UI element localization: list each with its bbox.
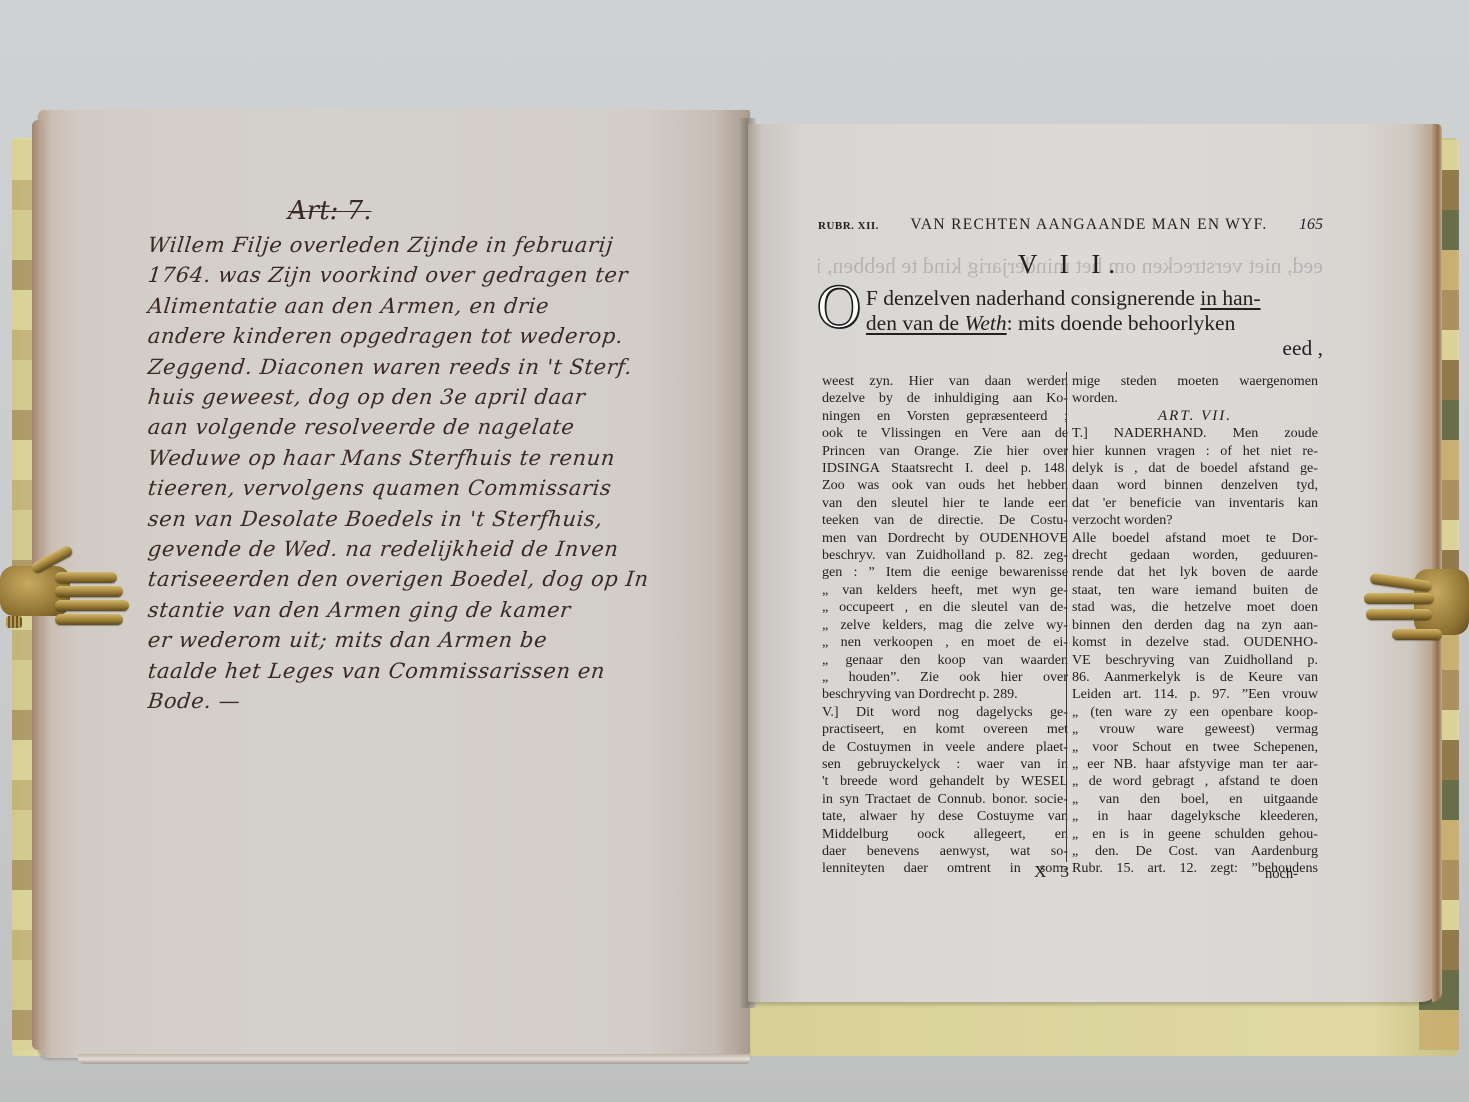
section-number: V I I. xyxy=(818,249,1323,280)
text-line: beschryv. van Zuidholland p. 82. zeg- xyxy=(822,547,1068,564)
text-line: tate, alwaer hy dese Costuyme van xyxy=(822,808,1068,825)
text-line: lenniteyten daer omtrent in som- xyxy=(822,860,1068,877)
text-line: stad was, die hetzelve moet doen xyxy=(1072,599,1318,616)
rule-underlined-italic: Weth xyxy=(964,311,1006,335)
clip-finger xyxy=(1364,593,1434,604)
text-line: teeken van de directie. De Costu- xyxy=(822,512,1068,529)
manuscript-line: er wederom uit; mits dan Armen be xyxy=(146,625,729,655)
manuscript-line: gevende de Wed. na redelijkheid de Inven xyxy=(146,534,729,564)
text-line: ningen en Vorsten gepræsenteerd ; xyxy=(822,408,1068,425)
clip-finger xyxy=(55,600,129,611)
text-line: daan word binnen denzelven tyd, xyxy=(1072,477,1318,494)
text-line: mige steden moeten waergenomen xyxy=(1072,373,1318,390)
text-line: binnen den derden dag na zyn aan- xyxy=(1072,617,1318,634)
text-line: komst in dezelve stad. OUDENHO- xyxy=(1072,634,1318,651)
text-line: „ vrouw ware geweest) vermag xyxy=(1072,721,1318,738)
manuscript-line: Alimentatie aan den Armen, en drie xyxy=(146,291,729,321)
text-line: staat, ten ware iemand buiten de xyxy=(1072,582,1318,599)
text-line: „ zelve kelders, mag die zelve wy- xyxy=(822,617,1068,634)
clip-finger xyxy=(55,614,123,625)
manuscript-line: andere kinderen opgedragen tot wederop. xyxy=(146,321,729,351)
rule-underlined: den van de xyxy=(866,311,965,335)
manuscript-line: Weduwe op haar Mans Sterfhuis te renun xyxy=(146,443,729,473)
text-line: dezelve by de inhuldiging aan Ko- xyxy=(822,390,1068,407)
text-line: hier kunnen vragen : of het niet re- xyxy=(1072,443,1318,460)
text-line: rende dat het lyk boven de aarde xyxy=(1072,564,1318,581)
manuscript-line: tariseeerden den overigen Boedel, dog op… xyxy=(146,564,729,594)
text-line: T.] NADERHAND. Men zoude xyxy=(1072,425,1318,442)
manuscript-line: 1764. was Zijn voorkind over gedragen te… xyxy=(146,260,729,290)
text-line: Middelburg oock allegeert, en xyxy=(822,826,1068,843)
text-line: weest zyn. Hier van daan werden xyxy=(822,373,1068,390)
text-line: beschryving van Dordrecht p. 289. xyxy=(822,686,1068,703)
text-line: worden. xyxy=(1072,390,1318,407)
rule-line2: : mits doende behoorlyken xyxy=(1007,311,1236,335)
text-line: IDSINGA Staatsrecht I. deel p. 148. xyxy=(822,460,1068,477)
manuscript-line: Willem Filje overleden Zijnde in februar… xyxy=(146,230,729,260)
running-title: VAN RECHTEN AANGAANDE MAN EN WYF. xyxy=(910,216,1267,234)
handwritten-text: Art: 7. Willem Filje overleden Zijnde in… xyxy=(148,196,728,717)
text-line: „ van den boel, en uitgaande xyxy=(1072,791,1318,808)
manuscript-line: stantie van den Armen ging de kamer xyxy=(146,595,729,625)
text-line: „ de word gebragt , afstand te doen xyxy=(1072,773,1318,790)
text-line: verzocht worden? xyxy=(1072,512,1318,529)
text-line: Princen van Orange. Zie hier over xyxy=(822,443,1068,460)
text-line: „ genaar den koop van waarden xyxy=(822,652,1068,669)
clip-finger xyxy=(1366,609,1432,620)
brass-hand-clip-left-icon xyxy=(0,548,140,638)
text-line: 86. Aanmerkelyk is de Keure van xyxy=(1072,669,1318,686)
text-line: „ nen verkoopen , en moet de ei- xyxy=(822,634,1068,651)
text-line: „ in haar dagelyksche kleederen, xyxy=(1072,808,1318,825)
text-line: Zoo was ook van ouds het hebben xyxy=(822,477,1068,494)
drop-cap: O xyxy=(816,286,862,332)
text-line: „ occupeert , en die sleutel van de- xyxy=(822,599,1068,616)
manuscript-heading: Art: 7. xyxy=(288,196,728,226)
clip-thumb xyxy=(1392,629,1442,640)
manuscript-line: tieeren, vervolgens quamen Commissaris xyxy=(146,473,729,503)
text-line: men van Dordrecht by OUDENHOVE xyxy=(822,530,1068,547)
text-line: de Costuymen in veele andere plaet- xyxy=(822,739,1068,756)
manuscript-line: huis geweest, dog op den 3e april daar xyxy=(146,382,729,412)
text-line: VE beschryving van Zuidholland p. xyxy=(1072,652,1318,669)
text-line: daer benevens aenwyst, wat so- xyxy=(822,843,1068,860)
rule-underlined: in han- xyxy=(1200,286,1260,310)
text-column-left: weest zyn. Hier van daan werden dezelve … xyxy=(822,373,1068,878)
text-line: „ en is in geene schulden gehou- xyxy=(1072,826,1318,843)
text-column-right: mige steden moeten waergenomen worden. A… xyxy=(1072,373,1318,878)
column-rule xyxy=(1066,372,1067,862)
clip-finger xyxy=(55,572,117,583)
text-line: V.] Dit word nog dagelycks ge- xyxy=(822,704,1068,721)
manuscript-line: taalde het Leges van Commissarissen en xyxy=(146,656,729,686)
manuscript-line: aan volgende resolveerde de nagelate xyxy=(146,412,729,442)
text-line: Leiden art. 114. p. 97. ”Een vrouw xyxy=(1072,686,1318,703)
text-line: „ voor Schout en twee Schepenen, xyxy=(1072,739,1318,756)
clip-finger xyxy=(55,586,123,597)
text-line: in syn Tractaet de Connub. bonor. socie- xyxy=(822,791,1068,808)
text-line: practiseert, en komt overeen met xyxy=(822,721,1068,738)
photo-scene: Art: 7. Willem Filje overleden Zijnde in… xyxy=(0,0,1469,1102)
text-line: sen gebruyckelyck : waer van in xyxy=(822,756,1068,773)
text-line: delyk is , dat de boedel afstand ge- xyxy=(1072,460,1318,477)
manuscript-line: Bode. — xyxy=(146,686,729,716)
rule-line3: eed , xyxy=(818,336,1323,361)
running-head: RUBR. XII. VAN RECHTEN AANGAANDE MAN EN … xyxy=(818,216,1323,234)
text-line: van den sleutel hier te lande een xyxy=(822,495,1068,512)
manuscript-line: sen van Desolate Boedels in 't Sterfhuis… xyxy=(146,504,729,534)
clip-screw xyxy=(6,616,22,628)
text-line: „ den. De Cost. van Aardenburg xyxy=(1072,843,1318,860)
page-number: 165 xyxy=(1299,216,1323,234)
rubric-label: RUBR. XII. xyxy=(818,220,879,232)
text-line: gen : ” Item die eenige bewarenisse xyxy=(822,564,1068,581)
text-line: „ eer NB. haar afstyvige man ter aar- xyxy=(1072,756,1318,773)
text-line: Alle boedel afstand moet te Dor- xyxy=(1072,530,1318,547)
text-line: dat 'er beneficie van inventaris kan xyxy=(1072,495,1318,512)
article-heading: ART. VII. xyxy=(1072,408,1318,425)
rule-line1: F denzelven naderhand consignerende xyxy=(866,286,1200,310)
text-line: 't breede word gehandelt by WESEL xyxy=(822,773,1068,790)
signature-mark: X 3 xyxy=(1034,862,1074,882)
brass-hand-clip-right-icon xyxy=(1362,555,1469,645)
text-line: „ (ten ware zy een openbare koop- xyxy=(1072,704,1318,721)
manuscript-line: Zeggend. Diaconen waren reeds in 't Ster… xyxy=(146,352,729,382)
text-line: drecht gedaan worden, geduuren- xyxy=(1072,547,1318,564)
text-line: „ houden”. Zie ook hier over xyxy=(822,669,1068,686)
text-line: „ van kelders heeft, met wyn ge- xyxy=(822,582,1068,599)
rule-text: O F denzelven naderhand consignerende in… xyxy=(818,286,1323,361)
text-line: ook te Vlissingen en Vere aan de xyxy=(822,425,1068,442)
catchword: noch- xyxy=(1265,866,1298,883)
